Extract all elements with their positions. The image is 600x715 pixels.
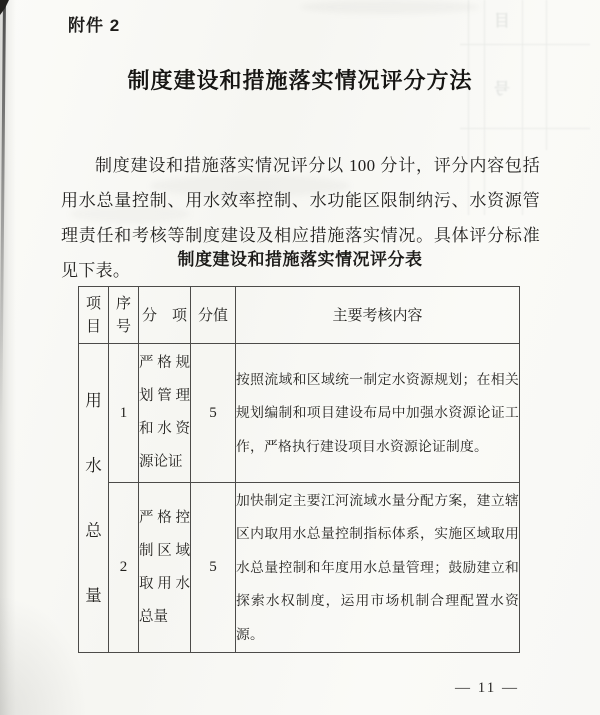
scan-smudge	[300, 0, 480, 14]
serial-cell: 2	[109, 483, 139, 653]
document-title: 制度建设和措施落实情况评分方法	[0, 64, 600, 95]
page-edge-shadow	[0, 0, 16, 715]
header-cell-serial: 序 号	[109, 287, 139, 344]
header-cell-subitem: 分 项	[139, 287, 191, 344]
scoring-table: 项 目 序 号 分 项 分值 主要考核内容 用 水 总 量 1 严格规划管理和水…	[78, 286, 520, 653]
table-row: 2 严格控制区域取用水总量 5 加快制定主要江河流域水量分配方案，建立辖区内取用…	[79, 483, 520, 653]
score-cell: 5	[191, 483, 236, 653]
score-cell: 5	[191, 344, 236, 483]
bleedthrough-char: 目	[494, 8, 510, 31]
bleedthrough-line	[460, 44, 590, 45]
content-cell: 按照流域和区域统一制定水资源规划；在相关规划编制和项目建设布局中加强水资源论证工…	[236, 344, 520, 483]
subitem-cell: 严格控制区域取用水总量	[139, 483, 191, 653]
attachment-label: 附件 2	[68, 11, 120, 36]
table-row: 用 水 总 量 1 严格规划管理和水资源论证 5 按照流域和区域统一制定水资源规…	[79, 344, 520, 483]
header-cell-content: 主要考核内容	[236, 287, 520, 344]
page-number: — 11 —	[455, 680, 519, 697]
content-cell: 加快制定主要江河流域水量分配方案，建立辖区内取用水总量控制指标体系，实施区域取用…	[236, 483, 520, 653]
header-cell-project: 项 目	[79, 287, 109, 344]
table-header-row: 项 目 序 号 分 项 分值 主要考核内容	[79, 287, 520, 344]
serial-cell: 1	[109, 344, 139, 483]
page-bottom-shadow	[0, 595, 90, 715]
bleedthrough-line	[460, 128, 590, 129]
page-corner-mark	[0, 0, 9, 15]
header-cell-score: 分值	[191, 287, 236, 344]
subitem-cell: 严格规划管理和水资源论证	[139, 344, 191, 483]
project-group-cell: 用 水 总 量	[79, 344, 109, 653]
table-caption: 制度建设和措施落实情况评分表	[0, 245, 600, 270]
